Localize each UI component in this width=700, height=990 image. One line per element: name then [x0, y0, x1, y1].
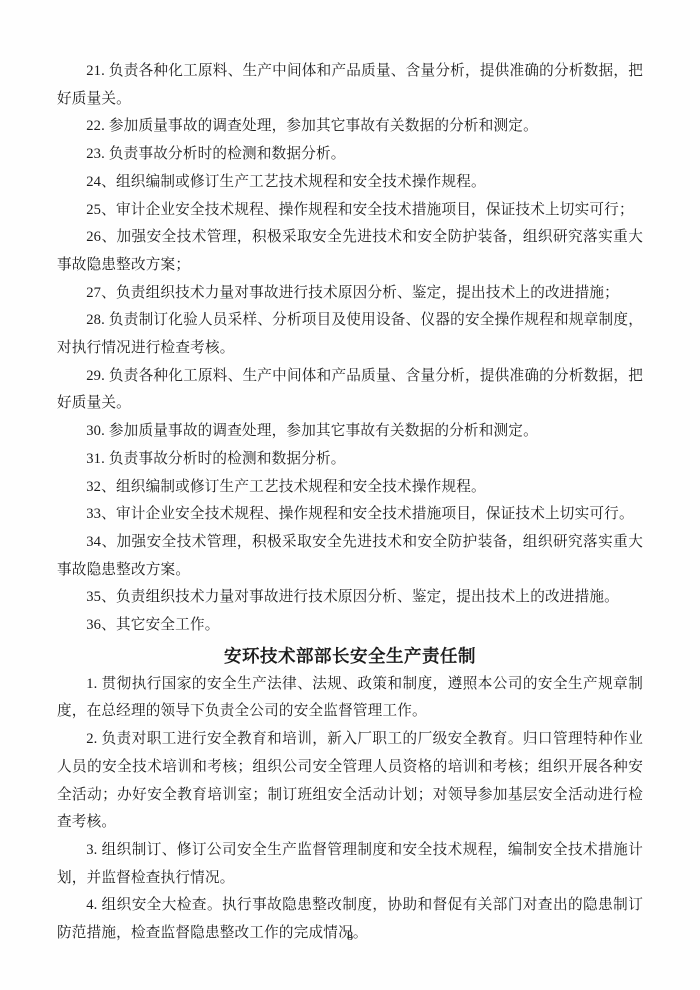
list-item-26: 26、加强安全技术管理，积极采取安全先进技术和安全防护装备，组织研究落实重大事故… [57, 224, 643, 279]
list-item-33: 33、审计企业安全技术规程、操作规程和安全技术措施项目，保证技术上切实可行。 [57, 501, 643, 529]
list-item-28: 28. 负责制订化验人员采样、分析项目及使用设备、仪器的安全操作规程和规章制度，… [57, 307, 643, 362]
list-item-27: 27、负责组织技术力量对事故进行技术原因分析、鉴定，提出技术上的改进措施； [57, 280, 643, 308]
list-item-30: 30. 参加质量事故的调查处理，参加其它事故有关数据的分析和测定。 [57, 418, 643, 446]
section-title: 安环技术部部长安全生产责任制 [57, 643, 643, 669]
list-item-32: 32、组织编制或修订生产工艺技术规程和安全技术操作规程。 [57, 474, 643, 502]
page-number: 8 [0, 929, 700, 943]
list-item-2: 2. 负责对职工进行安全教育和培训，新入厂职工的厂级安全教育。归口管理特种作业人… [57, 726, 643, 837]
list-item-36: 36、其它安全工作。 [57, 612, 643, 640]
list-item-1: 1. 贯彻执行国家的安全生产法律、法规、政策和制度，遵照本公司的安全生产规章制度… [57, 671, 643, 726]
list-item-31: 31. 负责事故分析时的检测和数据分析。 [57, 446, 643, 474]
list-item-24: 24、组织编制或修订生产工艺技术规程和安全技术操作规程。 [57, 169, 643, 197]
list-item-3: 3. 组织制订、修订公司安全生产监督管理制度和安全技术规程，编制安全技术措施计划… [57, 837, 643, 892]
document-content: 21. 负责各种化工原料、生产中间体和产品质量、含量分析，提供准确的分析数据，把… [57, 58, 643, 948]
list-item-21: 21. 负责各种化工原料、生产中间体和产品质量、含量分析，提供准确的分析数据，把… [57, 58, 643, 113]
list-item-35: 35、负责组织技术力量对事故进行技术原因分析、鉴定，提出技术上的改进措施。 [57, 584, 643, 612]
list-item-22: 22. 参加质量事故的调查处理，参加其它事故有关数据的分析和测定。 [57, 113, 643, 141]
list-item-25: 25、审计企业安全技术规程、操作规程和安全技术措施项目，保证技术上切实可行； [57, 197, 643, 225]
document-page: 21. 负责各种化工原料、生产中间体和产品质量、含量分析，提供准确的分析数据，把… [0, 0, 700, 990]
list-item-23: 23. 负责事故分析时的检测和数据分析。 [57, 141, 643, 169]
list-item-34: 34、加强安全技术管理，积极采取安全先进技术和安全防护装备，组织研究落实重大事故… [57, 529, 643, 584]
list-item-29: 29. 负责各种化工原料、生产中间体和产品质量、含量分析，提供准确的分析数据，把… [57, 363, 643, 418]
